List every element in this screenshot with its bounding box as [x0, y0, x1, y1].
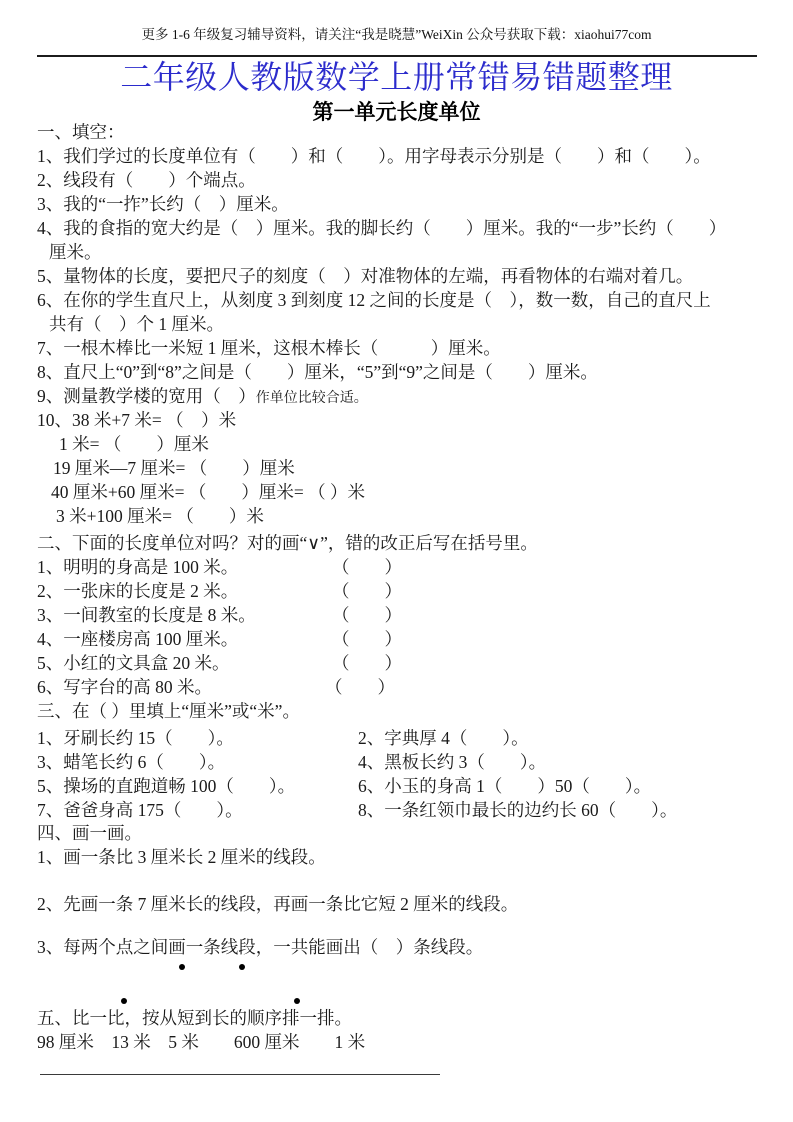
judge-paren: （ ） — [332, 579, 402, 603]
judge-row: 6、写字台的高 80 米。 （ ） — [37, 675, 757, 699]
point-dot — [121, 998, 127, 1004]
unit-item: 2、字典厚 4（ ）。 — [358, 726, 757, 750]
draw-item: 2、先画一条 7 厘米长的线段，再画一条比它短 2 厘米的线段。 — [37, 892, 757, 916]
judge-paren: （ ） — [332, 651, 402, 675]
fill-line: 4、我的食指的宽大约是（ ）厘米。我的脚长约（ ）厘米。我的“一步”长约（ ） — [37, 216, 757, 240]
judge-row: 3、一间教室的长度是 8 米。 （ ） — [37, 603, 757, 627]
unit-item: 3、蜡笔长约 6（ ）。 — [37, 750, 358, 774]
judge-text: 5、小红的文具盒 20 米。 — [37, 653, 230, 673]
unit-item: 6、小玉的身高 1（ ）50（ ）。 — [358, 774, 757, 798]
worksheet-page: 更多 1-6 年级复习辅导资料，请关注“我是晓慧”WeiXin 公众号获取下载：… — [0, 0, 793, 1122]
judge-paren: （ ） — [332, 603, 402, 627]
unit-item: 5、操场的直跑道畅 100（ ）。 — [37, 774, 358, 798]
section-choose-unit: 三、在（ ）里填上“厘米”或“米”。 1、牙刷长约 15（ ）。 2、字典厚 4… — [37, 699, 757, 822]
point-dot — [179, 964, 185, 970]
judge-paren: （ ） — [332, 555, 402, 579]
fill-line: 6、在你的学生直尺上，从刻度 3 到刻度 12 之间的长度是（ ），数一数，自己… — [37, 288, 757, 312]
fill-line-small-tail: 作单位比较合适。 — [256, 391, 368, 406]
fill-line: 5、量物体的长度，要把尺子的刻度（ ）对准物体的左端，再看物体的右端对着几。 — [37, 264, 757, 288]
fill-line: 7、一根木棒比一米短 1 厘米，这根木棒长（ ）厘米。 — [37, 336, 757, 360]
section3-heading: 三、在（ ）里填上“厘米”或“米”。 — [37, 699, 757, 723]
unit-item: 8、一条红领巾最长的边约长 60（ ）。 — [358, 798, 757, 822]
fill-line: 8、直尺上“0”到“8”之间是（ ）厘米，“5”到“9”之间是（ ）厘米。 — [37, 360, 757, 384]
section2-heading: 二、下面的长度单位对吗？对的画“∨”，错的改正后写在括号里。 — [37, 531, 757, 555]
judge-row: 1、明明的身高是 100 米。 （ ） — [37, 555, 757, 579]
draw-item: 3、每两个点之间画一条线段，一共能画出（ ）条线段。 — [37, 935, 757, 959]
doc-title: 二年级人教版数学上册常错易错题整理 — [0, 57, 793, 97]
section4-heading: 四、画一画。 — [37, 821, 757, 845]
judge-text: 2、一张床的长度是 2 米。 — [37, 581, 238, 601]
header-notice: 更多 1-6 年级复习辅导资料，请关注“我是晓慧”WeiXin 公众号获取下载：… — [0, 26, 793, 44]
section-fill-blanks: 一、填空： 1、我们学过的长度单位有（ ）和（ ）。用字母表示分别是（ ）和（ … — [37, 120, 757, 528]
fill-line-wrap: 厘米。 — [37, 240, 757, 264]
section-draw: 四、画一画。 1、画一条比 3 厘米长 2 厘米的线段。 2、先画一条 7 厘米… — [37, 821, 757, 959]
judge-text: 6、写字台的高 80 米。 — [37, 677, 212, 697]
fill-line: 3、我的“一拃”长约（ ）厘米。 — [37, 192, 757, 216]
fill-line: 1、我们学过的长度单位有（ ）和（ ）。用字母表示分别是（ ）和（ ）。 — [37, 144, 757, 168]
fill-line: 10、38 米+7 米= （ ）米 — [37, 408, 757, 432]
unit-item: 7、爸爸身高 175（ ）。 — [37, 798, 358, 822]
judge-row: 5、小红的文具盒 20 米。 （ ） — [37, 651, 757, 675]
draw-item: 1、画一条比 3 厘米长 2 厘米的线段。 — [37, 845, 757, 869]
judge-row: 4、一座楼房高 100 厘米。 （ ） — [37, 627, 757, 651]
judge-text: 1、明明的身高是 100 米。 — [37, 557, 238, 577]
fill-line-sub: 19 厘米—7 厘米= （ ）厘米 — [37, 456, 757, 480]
point-dot — [239, 964, 245, 970]
judge-paren: （ ） — [325, 675, 395, 699]
section-judge: 二、下面的长度单位对吗？对的画“∨”，错的改正后写在括号里。 1、明明的身高是 … — [37, 531, 757, 699]
section1-heading: 一、填空： — [37, 120, 757, 144]
point-dot — [294, 998, 300, 1004]
compare-values: 98 厘米 13 米 5 米 600 厘米 1 米 — [37, 1030, 757, 1054]
fill-line-wrap: 共有（ ）个 1 厘米。 — [37, 312, 757, 336]
unit-item: 4、黑板长约 3（ ）。 — [358, 750, 757, 774]
judge-text: 4、一座楼房高 100 厘米。 — [37, 629, 238, 649]
fill-line-sub: 1 米= （ ）厘米 — [37, 432, 757, 456]
judge-text: 3、一间教室的长度是 8 米。 — [37, 605, 256, 625]
unit-grid: 1、牙刷长约 15（ ）。 2、字典厚 4（ ）。 3、蜡笔长约 6（ ）。 4… — [37, 726, 757, 822]
unit-item: 1、牙刷长约 15（ ）。 — [37, 726, 358, 750]
section-compare: 五、比一比，按从短到长的顺序排一排。 98 厘米 13 米 5 米 600 厘米… — [37, 1006, 757, 1054]
fill-line: 2、线段有（ ）个端点。 — [37, 168, 757, 192]
judge-row: 2、一张床的长度是 2 米。 （ ） — [37, 579, 757, 603]
fill-line: 9、测量教学楼的宽用（ ）作单位比较合适。 — [37, 384, 757, 408]
fill-line-sub: 40 厘米+60 厘米= （ ）厘米= （ ）米 — [37, 480, 757, 504]
answer-line — [40, 1074, 440, 1075]
section5-heading: 五、比一比，按从短到长的顺序排一排。 — [37, 1006, 757, 1030]
fill-line-sub: 3 米+100 厘米= （ ）米 — [37, 504, 757, 528]
fill-line-main: 9、测量教学楼的宽用（ ） — [37, 386, 256, 406]
judge-paren: （ ） — [332, 627, 402, 651]
